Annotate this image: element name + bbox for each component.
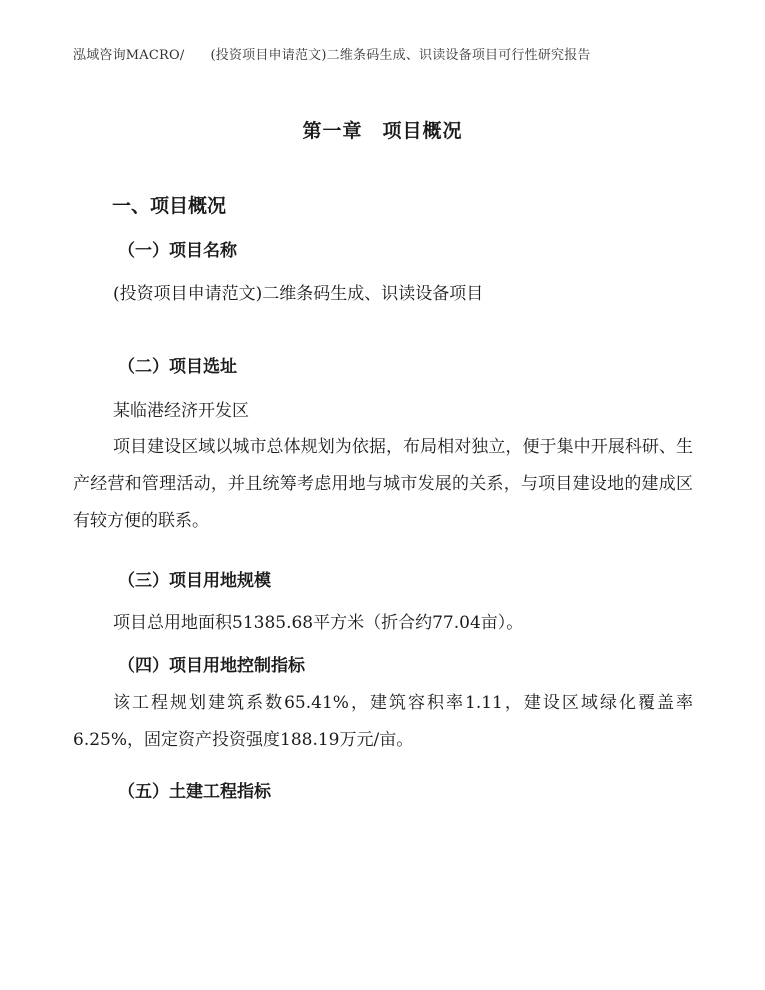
header-source: 泓域咨询MACRO/ [73,48,184,63]
section-heading: 一、项目概况 [112,191,226,218]
subsection-heading-land-control: （四）项目用地控制指标 [118,651,305,676]
subsection-heading-land-scale: （三）项目用地规模 [118,566,271,591]
subsection-heading-construction: （五）土建工程指标 [118,777,271,802]
subsection-heading-name: （一）项目名称 [118,236,237,261]
running-header: 泓域咨询MACRO/(投资项目申请范文)二维条码生成、识读设备项目可行性研究报告 [73,44,591,63]
land-control-text: 该工程规划建筑系数65.41%，建筑容积率1.11，建设区域绿化覆盖率6.25%… [73,685,693,759]
location-description: 项目建设区域以城市总体规划为依据，布局相对独立，便于集中开展科研、生产经营和管理… [73,429,693,540]
subsection-heading-location: （二）项目选址 [118,352,237,377]
land-scale-text: 项目总用地面积51385.68平方米（折合约77.04亩）。 [113,608,523,633]
location-text: 某临港经济开发区 [113,396,249,421]
header-title: (投资项目申请范文)二维条码生成、识读设备项目可行性研究报告 [210,48,590,63]
project-name-text: (投资项目申请范文)二维条码生成、识读设备项目 [113,279,483,304]
chapter-title: 第一章 项目概况 [0,116,765,143]
